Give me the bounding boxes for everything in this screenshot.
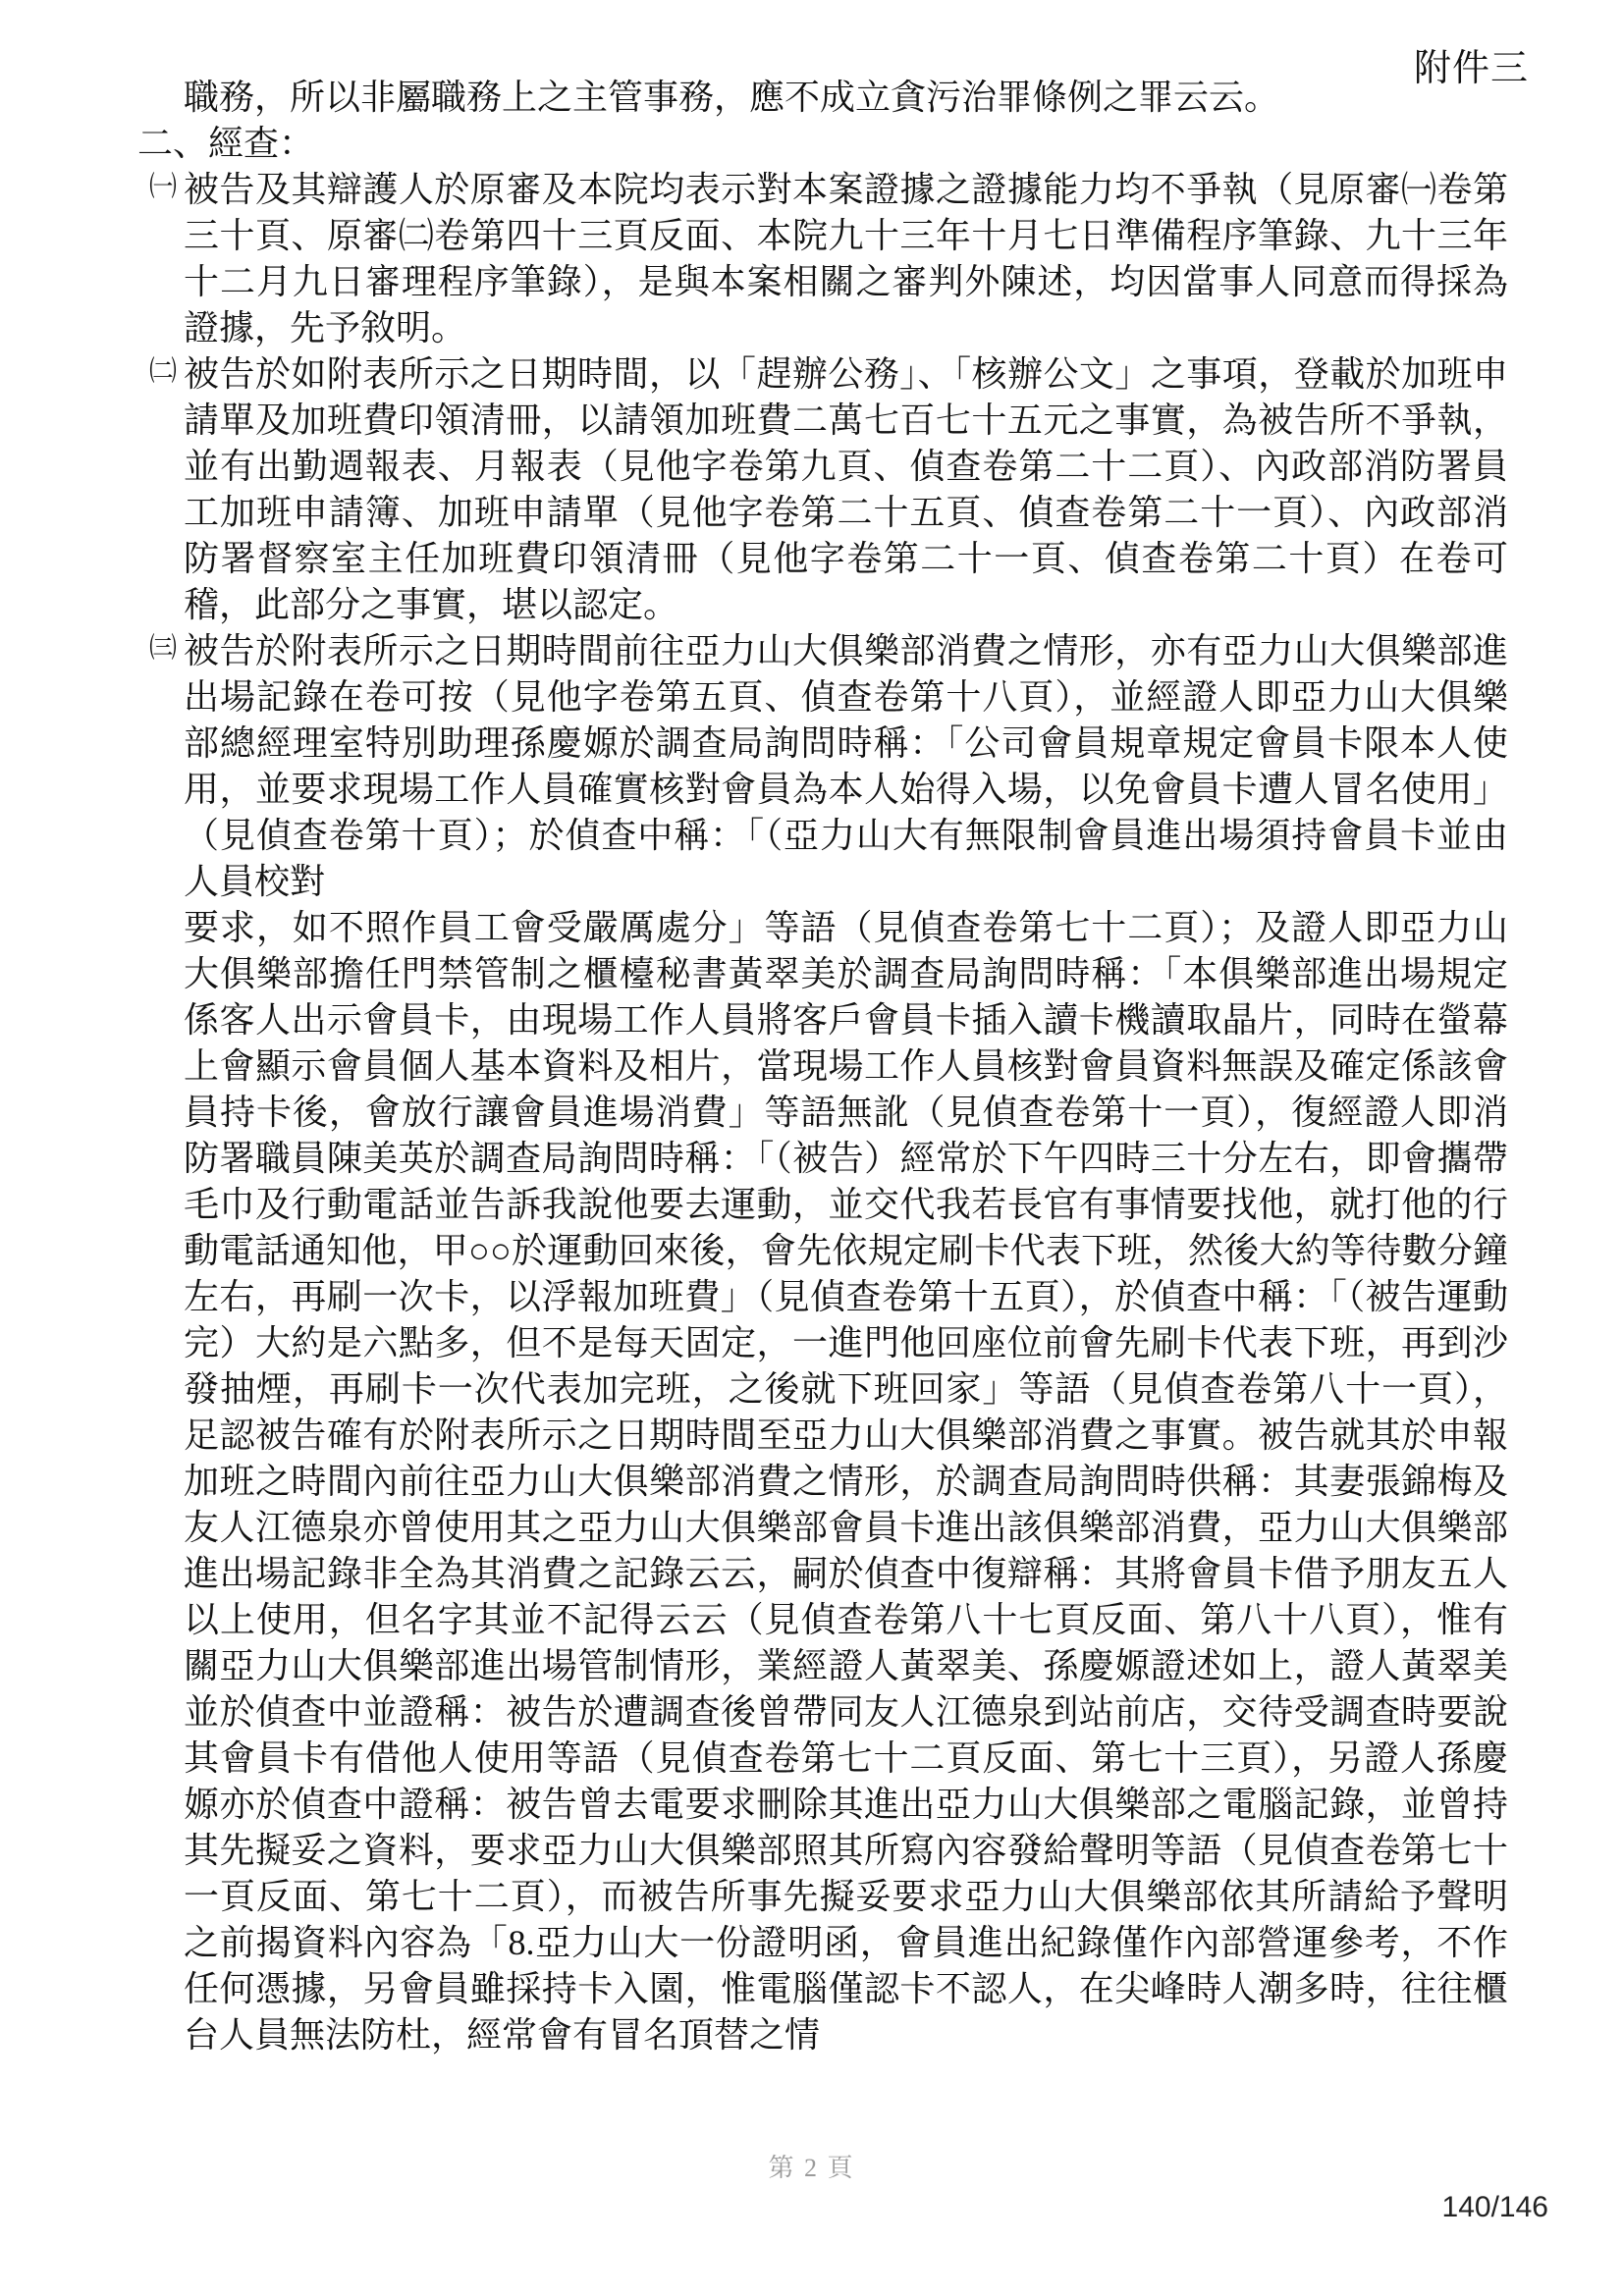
item-paragraph: 被告於如附表所示之日期時間，以「趕辦公務」、「核辦公文」之事項，登載於加班申請單… [184, 351, 1508, 628]
item-marker: ㈠ [149, 174, 177, 201]
list-item: ㈡被告於如附表所示之日期時間，以「趕辦公務」、「核辦公文」之事項，登載於加班申請… [137, 351, 1508, 628]
sheet-number: 140/146 [1442, 2191, 1548, 2224]
section-heading: 二、經查： [137, 121, 1508, 167]
list-item: ㈢被告於附表所示之日期時間前往亞力山大俱樂部消費之情形，亦有亞力山大俱樂部進出場… [137, 628, 1508, 2058]
page-number-footer: 第 2 頁 [0, 2148, 1623, 2184]
numbered-item-list: ㈠被告及其辯護人於原審及本院均表示對本案證據之證據能力均不爭執（見原審㈠卷第三十… [137, 167, 1508, 2058]
item-marker: ㈢ [149, 635, 177, 663]
item-paragraph: 要求，如不照作員工會受嚴厲處分」等語（見偵查卷第七十二頁）；及證人即亞力山大俱樂… [184, 905, 1508, 2058]
document-page: 附件三 職務，所以非屬職務上之主管事務，應不成立貪污治罪條例之罪云云。 二、經查… [0, 0, 1623, 2296]
item-paragraph: 被告於附表所示之日期時間前往亞力山大俱樂部消費之情形，亦有亞力山大俱樂部進出場記… [184, 628, 1508, 905]
list-item: ㈠被告及其辯護人於原審及本院均表示對本案證據之證據能力均不爭執（見原審㈠卷第三十… [137, 167, 1508, 351]
paragraph-continuation: 職務，所以非屬職務上之主管事務，應不成立貪污治罪條例之罪云云。 [184, 75, 1508, 121]
item-paragraph: 被告及其辯護人於原審及本院均表示對本案證據之證據能力均不爭執（見原審㈠卷第三十頁… [184, 167, 1508, 351]
document-body: 職務，所以非屬職務上之主管事務，應不成立貪污治罪條例之罪云云。 二、經查： ㈠被… [137, 75, 1508, 2058]
item-marker: ㈡ [149, 358, 177, 386]
